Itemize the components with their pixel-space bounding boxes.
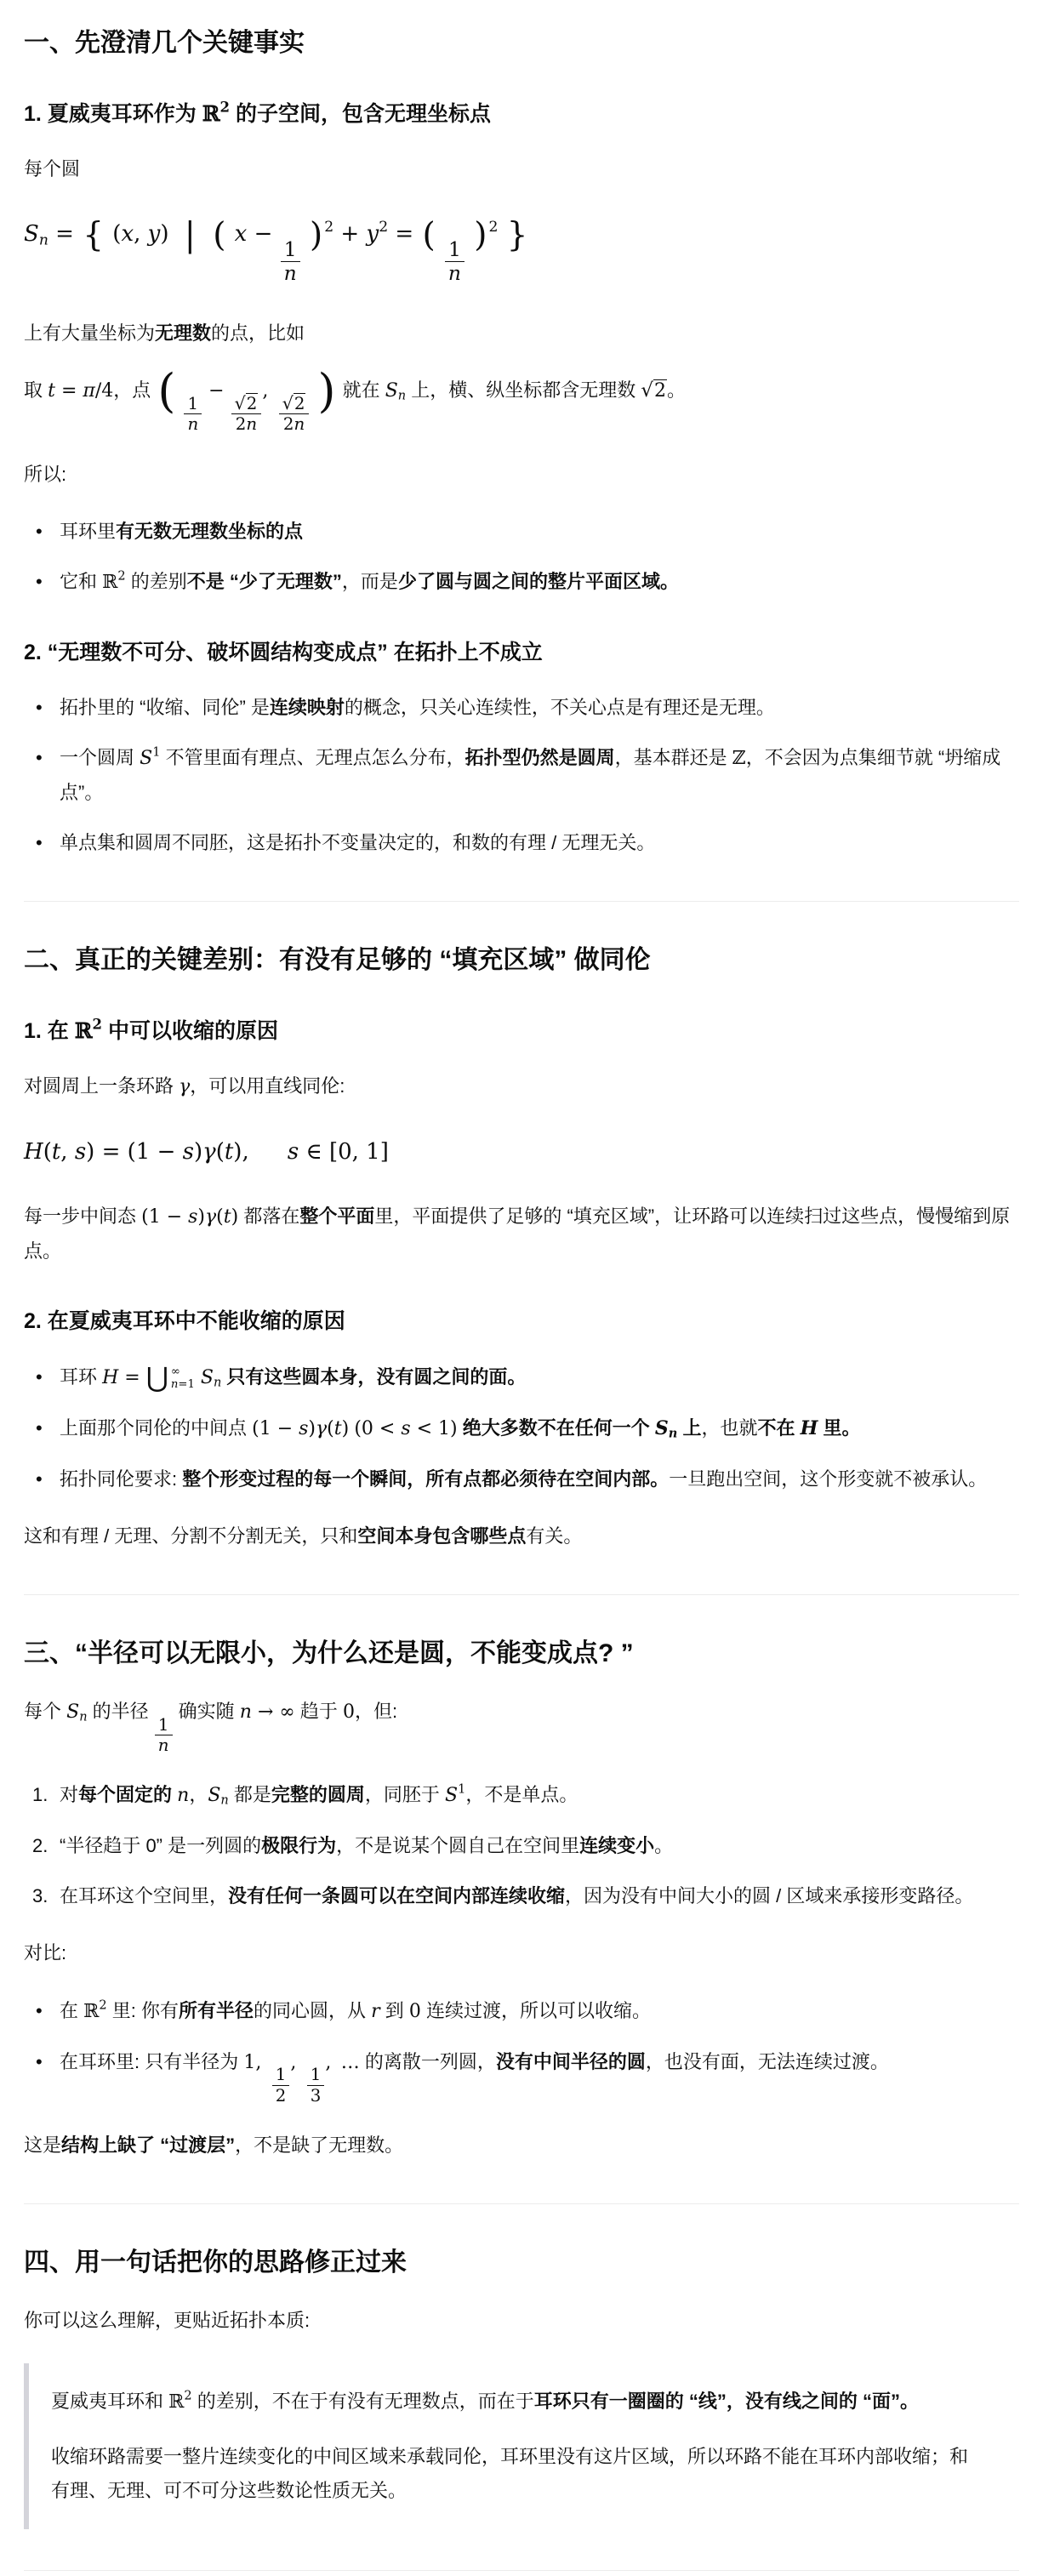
bold-text: 拓扑型仍然是圆周 xyxy=(465,747,615,768)
paragraph: 对比: xyxy=(24,1936,1019,1970)
bullet-list: 拓扑里的 “收缩、同伦” 是连续映射的概念，只关心连续性，不关心点是有理还是无理… xyxy=(24,691,1019,860)
display-formula: Sn = { (x, y) | ( x − 1n )2 + y2 = ( 1n … xyxy=(24,217,1019,286)
inline-math: Sn xyxy=(66,1701,87,1723)
content-blocks: 一、先澄清几个关键事实1. 夏威夷耳环作为 ℝ2 的子空间，包含无理坐标点每个圆… xyxy=(24,26,1019,2571)
list-item: “半径趋于 0” 是一列圆的极限行为，不是说某个圆自己在空间里连续变小。 xyxy=(32,1829,1019,1863)
bold-text: 每个固定的 xyxy=(78,1784,172,1805)
inline-math: t = π/4 xyxy=(48,380,113,402)
inline-math: (1 − s)γ(t) xyxy=(252,1418,349,1439)
inline-math: ℝ2 xyxy=(102,572,126,593)
inline-math: H xyxy=(801,1417,818,1439)
bold-text: 无理数 xyxy=(155,322,211,344)
quote-paragraph: 夏威夷耳环和 ℝ2 的差别，不在于有没有无理数点，而在于耳环只有一圈圈的 “线”… xyxy=(51,2385,985,2419)
inline-math: S1 xyxy=(140,748,160,769)
paragraph: 上有大量坐标为无理数的点，比如 xyxy=(24,316,1019,350)
inline-math: Sn xyxy=(208,1785,228,1806)
inline-math: (0 < s < 1) xyxy=(354,1418,457,1439)
section-heading: 一、先澄清几个关键事实 xyxy=(24,26,1019,61)
inline-math: n xyxy=(177,1785,189,1806)
paragraph: 每一步中间态 (1 − s)γ(t) 都落在整个平面里，平面提供了足够的 “填充… xyxy=(24,1200,1019,1268)
bold-text: 所有半径 xyxy=(179,2000,254,2021)
inline-math: 1n xyxy=(154,1701,174,1723)
paragraph: 取 t = π/4，点 ( 1n − √22n, √22n ) 就在 Sn 上，… xyxy=(24,373,1019,435)
list-item: 在耳环里: 只有半径为 1, 12, 13, … 的离散一列圆，没有中间半径的圆… xyxy=(32,2045,1019,2106)
bold-text: H xyxy=(801,1417,818,1439)
list-item: 拓扑同伦要求: 整个形变过程的每一个瞬间，所有点都必须待在空间内部。一旦跑出空间… xyxy=(32,1462,1019,1496)
bold-text: 不在 xyxy=(757,1417,800,1439)
bold-text: 结构上缺了 “过渡层” xyxy=(61,2134,235,2156)
bold-text: 耳环只有一圈圈的 “线”，没有线之间的 “面”。 xyxy=(534,2391,919,2412)
section-heading: 二、真正的关键差别：有没有足够的 “填充区域” 做同伦 xyxy=(24,943,1019,978)
bullet-list: 耳环里有无数无理数坐标的点它和 ℝ2 的差别不是 “少了无理数”，而是少了圆与圆… xyxy=(24,515,1019,600)
bold-text: 连续变小 xyxy=(579,1835,654,1856)
inline-math: H = ⋃∞n=1 Sn xyxy=(102,1367,221,1388)
inline-math: Sn xyxy=(655,1417,677,1439)
bold-text: 没有中间半径的圆 xyxy=(496,2051,646,2072)
inline-math: Sn xyxy=(385,380,406,402)
sub-heading: 2. “无理数不可分、破坏圆结构变成点” 在拓扑上不成立 xyxy=(24,637,1019,668)
inline-math: (1 − s)γ(t) xyxy=(141,1206,238,1228)
divider xyxy=(24,2570,1019,2571)
list-item: 耳环 H = ⋃∞n=1 Sn 只有这些圆本身，没有圆之间的面。 xyxy=(32,1360,1019,1395)
sub-heading: 1. 夏威夷耳环作为 ℝ2 的子空间，包含无理坐标点 xyxy=(24,99,1019,129)
list-item: 在耳环这个空间里，没有任何一条圆可以在空间内部连续收缩，因为没有中间大小的圆 /… xyxy=(32,1879,1019,1913)
bold-text: 完整的圆周 xyxy=(271,1784,365,1805)
inline-math: ℝ2 xyxy=(83,2001,107,2022)
list-item: 上面那个同伦的中间点 (1 − s)γ(t) (0 < s < 1) 绝大多数不… xyxy=(32,1411,1019,1446)
inline-math: n → ∞ xyxy=(240,1701,295,1723)
inline-math: 1, 12, 13, … xyxy=(243,2052,359,2073)
paragraph: 这是结构上缺了 “过渡层”，不是缺了无理数。 xyxy=(24,2129,1019,2163)
paragraph: 对圆周上一条环路 γ，可以用直线同伦: xyxy=(24,1069,1019,1104)
bullet-list: 在 ℝ2 里: 你有所有半径的同心圆，从 r 到 0 连续过渡，所以可以收缩。在… xyxy=(24,1994,1019,2106)
inline-math: 0 xyxy=(409,2001,421,2022)
bold-text: 空间本身包含哪些点 xyxy=(357,1525,526,1547)
paragraph: 每个圆 xyxy=(24,152,1019,186)
inline-math: √2 xyxy=(641,380,667,402)
bold-text: Sn xyxy=(655,1417,677,1439)
quote-paragraph: 收缩环路需要一整片连续变化的中间区域来承载同伦，耳环里没有这片区域，所以环路不能… xyxy=(51,2440,985,2508)
divider xyxy=(24,901,1019,902)
inline-math: r xyxy=(371,2001,380,2022)
numbered-list: 对每个固定的 n，Sn 都是完整的圆周，同胚于 S1，不是单点。“半径趋于 0”… xyxy=(24,1778,1019,1913)
list-item: 拓扑里的 “收缩、同伦” 是连续映射的概念，只关心连续性，不关心点是有理还是无理… xyxy=(32,691,1019,725)
list-item: 对每个固定的 n，Sn 都是完整的圆周，同胚于 S1，不是单点。 xyxy=(32,1778,1019,1813)
inline-math: ℝ2 xyxy=(168,2391,192,2413)
document: 一、先澄清几个关键事实1. 夏威夷耳环作为 ℝ2 的子空间，包含无理坐标点每个圆… xyxy=(0,0,1043,2576)
inline-math: ℤ xyxy=(732,748,746,769)
inline-math: ℝ2 xyxy=(75,1018,102,1043)
inline-math: γ xyxy=(179,1076,190,1097)
paragraph: 所以: xyxy=(24,458,1019,492)
divider xyxy=(24,1594,1019,1595)
paragraph: 每个 Sn 的半径 1n 确实随 n → ∞ 趋于 0，但: xyxy=(24,1695,1019,1756)
section-heading: 四、用一句话把你的思路修正过来 xyxy=(24,2245,1019,2281)
bold-text: 连续映射 xyxy=(270,697,345,718)
bold-text: 有无数无理数坐标的点 xyxy=(116,521,303,542)
sub-heading: 2. 在夏威夷耳环中不能收缩的原因 xyxy=(24,1306,1019,1336)
bold-text: 整个平面 xyxy=(299,1205,374,1227)
bold-text: 绝大多数不在任何一个 xyxy=(463,1417,655,1439)
display-formula: H(t, s) = (1 − s)γ(t), s ∈ [0, 1] xyxy=(24,1135,1019,1169)
quote-block: 夏威夷耳环和 ℝ2 的差别，不在于有没有无理数点，而在于耳环只有一圈圈的 “线”… xyxy=(24,2363,1019,2529)
inline-math: ( 1n − √22n, √22n ) xyxy=(156,380,337,402)
bullet-list: 耳环 H = ⋃∞n=1 Sn 只有这些圆本身，没有圆之间的面。上面那个同伦的中… xyxy=(24,1360,1019,1496)
section-heading: 三、“半径可以无限小，为什么还是圆，不能变成点? ” xyxy=(24,1636,1019,1672)
bold-text: 上 xyxy=(677,1417,701,1439)
paragraph: 你可以这么理解，更贴近拓扑本质: xyxy=(24,2304,1019,2338)
list-item: 在 ℝ2 里: 你有所有半径的同心圆，从 r 到 0 连续过渡，所以可以收缩。 xyxy=(32,1994,1019,2029)
divider xyxy=(24,2203,1019,2204)
list-item: 单点集和圆周不同胚，这是拓扑不变量决定的，和数的有理 / 无理无关。 xyxy=(32,826,1019,860)
list-item: 一个圆周 S1 不管里面有理点、无理点怎么分布，拓扑型仍然是圆周，基本群还是 ℤ… xyxy=(32,741,1019,810)
list-item: 耳环里有无数无理数坐标的点 xyxy=(32,515,1019,549)
inline-math: ℝ2 xyxy=(202,101,230,126)
bold-text: 没有任何一条圆可以在空间内部连续收缩 xyxy=(228,1885,565,1906)
bold-text: 极限行为 xyxy=(261,1835,336,1856)
bold-text: 整个形变过程的每一个瞬间，所有点都必须待在空间内部。 xyxy=(182,1468,669,1490)
bold-text: 里。 xyxy=(818,1417,860,1439)
inline-math: S1 xyxy=(445,1785,465,1806)
bold-text: 少了圆与圆之间的整片平面区域。 xyxy=(398,571,679,592)
sub-heading: 1. 在 ℝ2 中可以收缩的原因 xyxy=(24,1016,1019,1046)
paragraph: 这和有理 / 无理、分割不分割无关，只和空间本身包含哪些点有关。 xyxy=(24,1519,1019,1553)
bold-text: 不是 “少了无理数” xyxy=(187,571,342,592)
bold-text: 只有这些圆本身，没有圆之间的面。 xyxy=(226,1366,526,1388)
list-item: 它和 ℝ2 的差别不是 “少了无理数”，而是少了圆与圆之间的整片平面区域。 xyxy=(32,565,1019,600)
inline-math: 0 xyxy=(343,1701,355,1723)
